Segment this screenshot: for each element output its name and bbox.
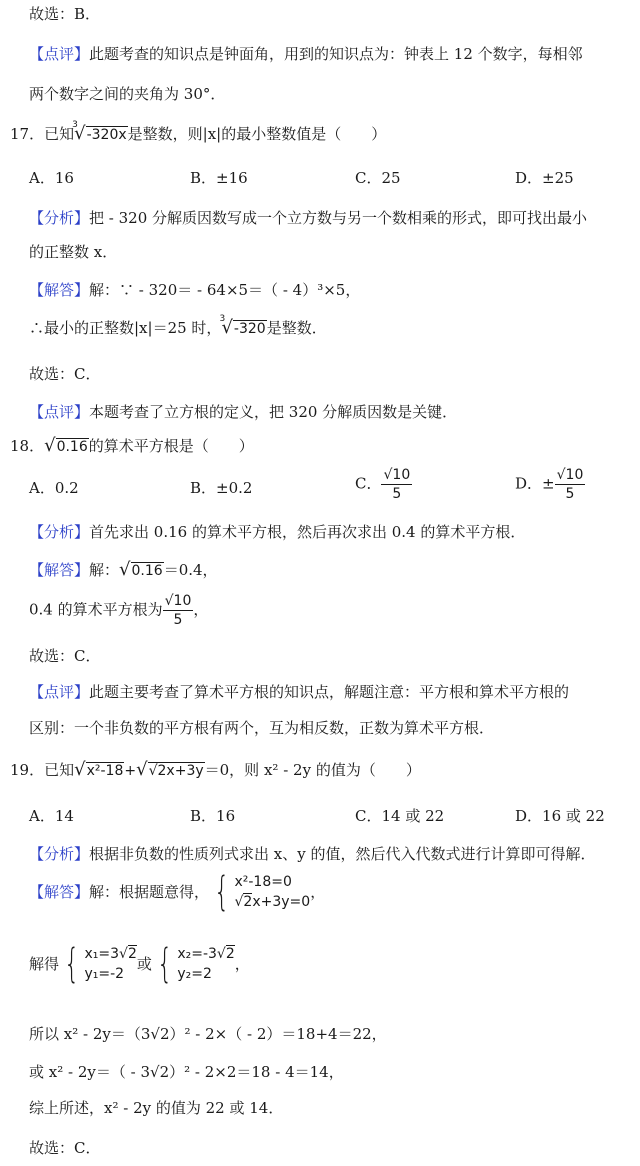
radical-icon: √ [136, 759, 147, 780]
option-value: ±25 [542, 169, 574, 187]
prev-comment-cont: 两个数字之间的夹角为 30°． [29, 84, 225, 104]
equation-rest: x+3y=0 [252, 894, 310, 910]
option-c: C．√105 [355, 466, 412, 503]
analysis-text: 首先求出 0.16 的算术平方根，然后再次求出 0.4 的算术平方根． [89, 523, 525, 541]
stem-text: 已知 [44, 125, 74, 143]
cube-root: 3√-320 [221, 318, 266, 339]
solution-text: ， [193, 601, 208, 619]
radicand: -320x [86, 126, 128, 143]
option-b: B．±0.2 [190, 478, 252, 498]
radicand: √2x+3y [148, 762, 205, 779]
square-root: √x²-18 [74, 760, 124, 781]
option-b: B．16 [190, 806, 235, 826]
radicand: 10 [566, 467, 584, 483]
equation-system: {x₁=3√2y₁=-2 [59, 944, 137, 984]
radicand: -320 [233, 320, 267, 337]
analysis-text: 把 - 320 分解质因数写成一个立方数与另一个数相乘的形式，即可找出最小 [89, 209, 587, 227]
q18-solution: 【解答】解：√0.16＝0.4， [29, 560, 218, 581]
solution-text: 是整数． [267, 319, 327, 337]
q19-calc-1: 所以 x² - 2y＝（3√2）² - 2×（ - 2）＝18+4＝22， [29, 1024, 387, 1044]
brace-icon: { [214, 872, 229, 912]
solution-tag: 【解答】 [29, 281, 89, 299]
q18-analysis: 【分析】首先求出 0.16 的算术平方根，然后再次求出 0.4 的算术平方根． [29, 522, 525, 542]
equation-system: {x₂=-3√2y₂=2 [152, 944, 235, 984]
option-c: C．25 [355, 168, 401, 188]
option-d: D．16 或 22 [515, 806, 605, 826]
option-label: B． [190, 169, 216, 187]
q19-solution: 【解答】解：根据题意得，{x²-18=0√2x+3y=0， [29, 872, 325, 912]
stem-text: 已知 [44, 761, 74, 779]
option-label: B． [190, 807, 216, 825]
solution-tag: 【解答】 [29, 561, 89, 579]
option-d: D．±25 [515, 168, 574, 188]
denominator: 5 [174, 611, 183, 629]
option-label: A． [29, 479, 55, 497]
radicand: 0.16 [131, 562, 164, 579]
option-label: C． [355, 475, 381, 493]
plus-sign: + [124, 763, 136, 779]
cube-root: 3√-320x [74, 124, 128, 145]
option-label: C． [355, 807, 381, 825]
root-index: 3 [219, 309, 225, 329]
q18-comment-cont: 区别：一个非负数的平方根有两个，互为相反数，正数为算术平方根． [29, 718, 494, 738]
q17-comment: 【点评】本题考查了立方根的定义，把 320 分解质因数是关键． [29, 402, 457, 422]
stem-text: 的算术平方根是（ ） [89, 437, 254, 455]
denominator: 5 [566, 485, 575, 503]
q19-choice: 故选：C． [29, 1138, 100, 1158]
equation-text: x₁=3 [84, 946, 119, 962]
equation-system: {x²-18=0√2x+3y=0 [209, 872, 310, 912]
option-label: B． [190, 479, 216, 497]
q19-calc-2: 或 x² - 2y＝（ - 3√2）² - 2×2＝18 - 4＝14， [29, 1062, 344, 1082]
denominator: 5 [392, 485, 401, 503]
solution-text: ∴最小的正整数|x|＝25 时， [29, 319, 221, 337]
option-b: B．±16 [190, 168, 248, 188]
radicand: 0.16 [56, 438, 89, 455]
comma: ， [235, 954, 250, 974]
question-18-stem: 18．√0.16的算术平方根是（ ） [10, 436, 254, 457]
comma: ， [310, 882, 325, 902]
radical-icon: √ [217, 946, 226, 962]
equation-row: y₂=2 [177, 964, 234, 984]
question-number: 19． [10, 761, 44, 779]
analysis-tag: 【分析】 [29, 845, 89, 863]
q17-solution: 【解答】解：∵ - 320＝ - 64×5＝（ - 4）³×5， [29, 280, 360, 300]
option-a: A．16 [29, 168, 74, 188]
radical-icon: √ [119, 559, 130, 580]
comment-tag: 【点评】 [29, 683, 89, 701]
or-text: 或 [137, 954, 152, 974]
radical-icon: √ [74, 759, 85, 780]
radicand-rest: x+3y [166, 763, 203, 779]
q17-analysis: 【分析】把 - 320 分解质因数写成一个立方数与另一个数相乘的形式，即可找出最… [29, 208, 587, 228]
option-value: 14 [55, 807, 74, 825]
analysis-text: 根据非负数的性质列式求出 x、y 的值，然后代入代数式进行计算即可得解． [89, 845, 595, 863]
q17-solution-cont: ∴最小的正整数|x|＝25 时，3√-320是整数． [29, 318, 327, 339]
q17-choice: 故选：C． [29, 364, 100, 384]
stem-text: ＝0，则 x² - 2y 的值为（ ） [205, 761, 421, 779]
equation-text: x₂=-3 [177, 946, 217, 962]
brace-icon: { [157, 944, 172, 984]
equation-row: √2x+3y=0 [234, 892, 310, 912]
option-value: 16 [216, 807, 235, 825]
option-value: 16 或 22 [542, 807, 605, 825]
option-label: C． [355, 169, 381, 187]
square-root: √0.16 [44, 436, 89, 457]
root-index: 3 [72, 115, 78, 135]
solution-text: ＝0.4， [164, 561, 218, 579]
q19-analysis: 【分析】根据非负数的性质列式求出 x、y 的值，然后代入代数式进行计算即可得解． [29, 844, 596, 864]
square-root: √√2x+3y [136, 760, 205, 781]
option-value: 0.2 [55, 479, 79, 497]
comment-text: 此题主要考查了算术平方根的知识点，解题注意：平方根和算术平方根的 [89, 683, 569, 701]
q19-solved: 解得{x₁=3√2y₁=-2或{x₂=-3√2y₂=2， [29, 944, 250, 984]
option-value: ±16 [216, 169, 248, 187]
analysis-tag: 【分析】 [29, 523, 89, 541]
radical-icon: √ [149, 763, 158, 779]
solution-text: 解得 [29, 954, 59, 974]
q18-comment: 【点评】此题主要考查了算术平方根的知识点，解题注意：平方根和算术平方根的 [29, 682, 569, 702]
option-label: A． [29, 169, 55, 187]
radicand: 2 [226, 945, 235, 962]
numerator: √10 [555, 466, 586, 485]
option-value: 16 [55, 169, 74, 187]
option-value: ±0.2 [216, 479, 252, 497]
solution-text: 0.4 的算术平方根为 [29, 601, 163, 619]
solution-text: 解：根据题意得， [89, 882, 209, 902]
radical-icon: √ [557, 467, 566, 483]
brace-icon: { [64, 944, 79, 984]
comment-tag: 【点评】 [29, 45, 89, 63]
comment-tag: 【点评】 [29, 403, 89, 421]
q19-summary: 综上所述，x² - 2y 的值为 22 或 14． [29, 1098, 283, 1118]
fraction: √105 [381, 466, 412, 503]
radicand: 10 [174, 593, 192, 609]
option-value: 14 或 22 [381, 807, 444, 825]
option-a: A．0.2 [29, 478, 79, 498]
option-c: C．14 或 22 [355, 806, 444, 826]
prev-choice: 故选：B． [29, 4, 100, 24]
radicand: 2 [243, 893, 252, 910]
question-17-stem: 17．已知3√-320x是整数，则|x|的最小整数值是（ ） [10, 124, 386, 145]
radical-icon: √ [165, 593, 174, 609]
q18-solution-cont: 0.4 的算术平方根为√105， [29, 592, 208, 629]
comment-text: 此题考查的知识点是钟面角，用到的知识点为：钟表上 12 个数字，每相邻 [89, 45, 583, 63]
plus-minus: ± [542, 475, 555, 493]
radicand: 2 [128, 945, 137, 962]
equation-row: y₁=-2 [84, 964, 136, 984]
equation-row: x₁=3√2 [84, 944, 136, 964]
numerator: √10 [381, 466, 412, 485]
equation-row: x₂=-3√2 [177, 944, 234, 964]
question-number: 18． [10, 437, 44, 455]
option-label: D． [515, 807, 542, 825]
question-19-stem: 19．已知√x²-18+√√2x+3y＝0，则 x² - 2y 的值为（ ） [10, 760, 421, 781]
solution-text: 解：∵ - 320＝ - 64×5＝（ - 4）³×5， [89, 281, 360, 299]
equation-row: x²-18=0 [234, 872, 310, 892]
solution-tag: 【解答】 [29, 882, 89, 902]
analysis-tag: 【分析】 [29, 209, 89, 227]
stem-text: 是整数，则|x|的最小整数值是（ ） [128, 125, 387, 143]
radicand: x²-18 [86, 762, 125, 779]
option-label: D． [515, 169, 542, 187]
option-label: D． [515, 475, 542, 493]
square-root: √0.16 [119, 560, 164, 581]
q18-choice: 故选：C． [29, 646, 100, 666]
question-number: 17． [10, 125, 44, 143]
radicand: 10 [392, 467, 410, 483]
numerator: √10 [163, 592, 194, 611]
q17-analysis-cont: 的正整数 x． [29, 242, 117, 262]
option-label: A． [29, 807, 55, 825]
option-value: 25 [381, 169, 400, 187]
fraction: √105 [163, 592, 194, 629]
radical-icon: √ [44, 435, 55, 456]
prev-comment: 【点评】此题考查的知识点是钟面角，用到的知识点为：钟表上 12 个数字，每相邻 [29, 44, 583, 64]
solution-text: 解： [89, 561, 119, 579]
option-d: D．±√105 [515, 466, 585, 503]
comment-text: 本题考查了立方根的定义，把 320 分解质因数是关键． [89, 403, 457, 421]
fraction: √105 [555, 466, 586, 503]
option-a: A．14 [29, 806, 74, 826]
radical-icon: √ [119, 946, 128, 962]
